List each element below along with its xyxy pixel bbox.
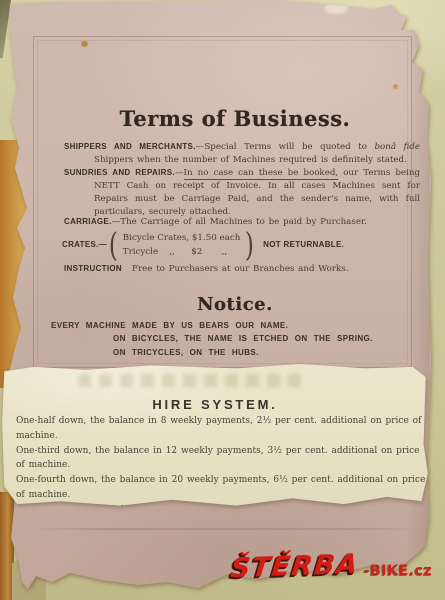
paragraph-sundries: SUNDRIES AND REPAIRS.—In no case can the… — [64, 166, 420, 219]
brace-open-glyph: ( — [109, 228, 118, 261]
hire-line-2: One-third down, the balance in 12 weekly… — [16, 444, 430, 474]
rust-stain — [81, 41, 88, 47]
shippers-text: —Special Terms will be quoted to — [196, 142, 375, 152]
crease-line — [30, 528, 422, 530]
sundries-underlined-clause: In no case can these be booked, — [184, 168, 339, 180]
line-instruction: INSTRUCTIONFree to Purchasers at our Bra… — [64, 262, 349, 276]
paragraph-shippers: SHIPPERS AND MERCHANTS.—Special Terms wi… — [64, 140, 420, 167]
instruction-lead: INSTRUCTION — [64, 264, 122, 273]
crates-group: CRATES.— ( Bicycle Crates, $1.50 each Tr… — [62, 228, 344, 261]
paper-sheet-wrap: Terms of Business. SHIPPERS AND MERCHANT… — [0, 0, 445, 600]
hire-line-1: One-half down, the balance in 8 weekly p… — [16, 414, 430, 444]
crates-price-lines: Bicycle Crates, $1.50 each Tricycle ,, $… — [123, 231, 241, 259]
shippers-text-end: Shippers when the number of Machines req… — [94, 155, 407, 165]
watermark: ŠTĚRBA -BIKE.cz — [231, 551, 432, 582]
hire-system-slip: HIRE SYSTEM. One-half down, the balance … — [0, 364, 430, 510]
hire-system-heading: HIRE SYSTEM. — [0, 397, 430, 412]
crates-lead: CRATES.— — [62, 240, 107, 249]
sundries-dash: — — [175, 168, 184, 178]
terms-of-business-heading: Terms of Business. — [60, 106, 410, 131]
rust-stain — [393, 84, 398, 89]
hire-system-slip-wrap: HIRE SYSTEM. One-half down, the balance … — [0, 364, 430, 510]
bona-fide-italic: bonâ fide — [374, 142, 420, 152]
carriage-lead: CARRIAGE. — [64, 217, 112, 226]
paper-chip-mark — [324, 3, 348, 14]
carriage-text: —The Carriage of all Machines to be paid… — [112, 217, 367, 227]
watermark-brand: ŠTĚRBA — [229, 549, 360, 584]
bleed-through-smudge — [78, 374, 304, 387]
hire-line-3: One-fourth down, the balance in 20 weekl… — [16, 473, 430, 503]
notice-line-2: ON BICYCLES, THE NAME IS ETCHED ON THE S… — [113, 334, 373, 343]
scanned-catalog-page: Terms of Business. SHIPPERS AND MERCHANT… — [0, 0, 445, 600]
watermark-site: -BIKE.cz — [364, 563, 433, 579]
crates-not-returnable-note: NOT RETURNABLE. — [263, 240, 344, 249]
crates-line-tricycle: Tricycle ,, $2 ,, — [123, 245, 241, 259]
paper-sheet: Terms of Business. SHIPPERS AND MERCHANT… — [0, 0, 445, 600]
shippers-lead: SHIPPERS AND MERCHANTS. — [64, 142, 196, 151]
crates-line-bicycle: Bicycle Crates, $1.50 each — [123, 231, 241, 245]
sundries-lead: SUNDRIES AND REPAIRS. — [64, 168, 175, 177]
notice-line-1: EVERY MACHINE MADE BY US BEARS OUR NAME. — [51, 321, 288, 330]
brace-close-glyph: ) — [245, 228, 254, 261]
notice-line-3: ON TRICYCLES, ON THE HUBS. — [113, 348, 259, 357]
notice-heading: Notice. — [60, 294, 410, 315]
instruction-text: Free to Purchasers at our Branches and W… — [132, 264, 349, 274]
